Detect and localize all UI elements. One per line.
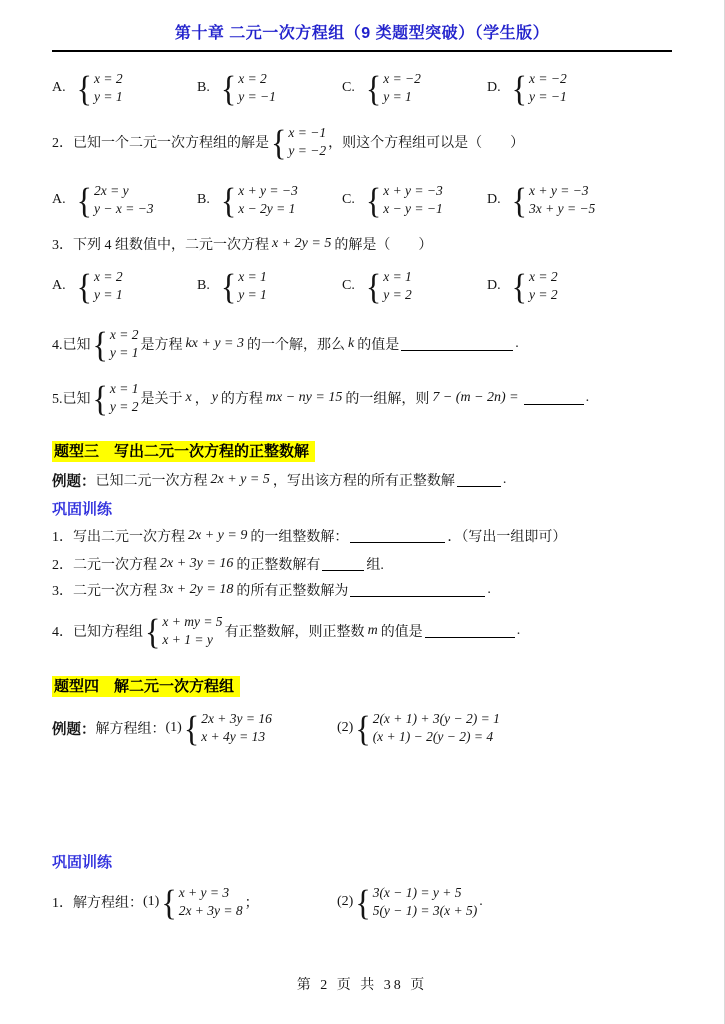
equation-system: {x = 2y = 1: [77, 268, 123, 304]
inline-math: m: [368, 623, 378, 639]
item-text: .: [517, 623, 521, 639]
option-label: D.: [487, 192, 501, 208]
section3-heading: 题型三 写出二元一次方程的正整数解: [52, 441, 315, 462]
item-text: ．（写出一组即可）: [447, 526, 566, 546]
equation-line: x + y = 3: [179, 884, 243, 902]
left-brace: {: [145, 613, 160, 649]
equation-system: {x = −2y = 1: [366, 70, 421, 106]
equation-system: {x = 2y = 2: [512, 268, 558, 304]
example-part-1: 例题： 解方程组： (1) {2x + 3y = 16x + 4y = 13: [52, 710, 337, 746]
equation-system: {x = 2y = −1: [221, 70, 276, 106]
equation-line: x = −2: [383, 70, 421, 88]
equation-line: x + 1 = y: [162, 631, 222, 649]
answer-blank: [524, 391, 584, 405]
equations: 3(x − 1) = y + 55(y − 1) = 3(x + 5): [373, 884, 478, 920]
q1-option-b: B. {x = 2y = −1: [197, 70, 342, 106]
equations: x + y = −3x − 2y = 1: [238, 182, 298, 218]
equation-system: {x = 2y = 1: [77, 70, 123, 106]
left-brace: {: [161, 884, 176, 920]
equation-line: 2x = y: [94, 182, 154, 200]
question-3: 3．下列 4 组数值中，二元一次方程 x + 2y = 5 的解是（ ）: [52, 233, 672, 255]
left-brace: {: [221, 70, 236, 106]
equation-line: y = 1: [94, 88, 123, 106]
equations: x + y = −3x − y = −1: [383, 182, 443, 218]
option-label: D.: [487, 80, 501, 96]
inline-math: k: [348, 336, 354, 352]
equation-system: {2x = yy − x = −3: [77, 182, 154, 218]
equation-line: x − y = −1: [383, 200, 443, 218]
equation-system: {x + y = −33x + y = −5: [512, 182, 596, 218]
question-text: 5.已知: [52, 388, 91, 408]
question-text: ，: [195, 388, 209, 408]
equation-line: y = −1: [529, 88, 567, 106]
left-brace: {: [512, 268, 527, 304]
equations: x = 2y = 1: [110, 326, 139, 362]
inline-math: y: [212, 390, 218, 406]
q3-option-c: C. {x = 1y = 2: [342, 268, 487, 304]
equation-line: x + y = −3: [383, 182, 443, 200]
left-brace: {: [93, 326, 108, 362]
equation-system: {x + my = 5x + 1 = y: [145, 613, 223, 649]
equation-system: {x = 1y = 2: [93, 380, 139, 416]
equations: 2x = yy − x = −3: [94, 182, 154, 218]
equations: x = −2y = −1: [529, 70, 567, 106]
page-footer: 第 2 页 共 38 页: [0, 974, 724, 994]
equation-line: x + y = −3: [238, 182, 298, 200]
equation-line: x = 2: [529, 268, 558, 286]
equation-line: x = 1: [383, 268, 412, 286]
question-text: 的值是: [357, 334, 399, 354]
section3-item-1: 1．写出二元一次方程 2x + y = 9 的一组整数解： ．（写出一组即可）: [52, 526, 672, 546]
equation-line: x = 2: [110, 326, 139, 344]
q2-option-b: B. {x + y = −3x − 2y = 1: [197, 182, 342, 218]
equations: x = 2y = 1: [94, 70, 123, 106]
equations: x = 2y = 2: [529, 268, 558, 304]
equations: x = 1y = 2: [383, 268, 412, 304]
equation-system: {x = 1y = 1: [221, 268, 267, 304]
equation-line: y = 1: [110, 344, 139, 362]
example-text: ，写出该方程的所有正整数解: [273, 470, 455, 490]
section4-heading: 题型四 解二元一次方程组: [52, 676, 240, 697]
inline-math: 7 − (m − 2n) =: [432, 390, 518, 406]
inline-math: 2x + y = 9: [188, 528, 247, 544]
question-text: 3．下列 4 组数值中，二元一次方程: [52, 234, 269, 254]
left-brace: {: [184, 710, 199, 746]
equation-line: y = 2: [110, 398, 139, 416]
question-5: 5.已知 {x = 1y = 2 是关于 x ， y 的方程 mx − ny =…: [52, 375, 672, 421]
left-brace: {: [355, 710, 370, 746]
inline-math: 2x + 3y = 16: [160, 556, 233, 572]
equation-line: y = −2: [288, 142, 326, 160]
item-text: 组.: [366, 554, 384, 574]
equation-line: x − 2y = 1: [238, 200, 298, 218]
left-brace: {: [366, 268, 381, 304]
equation-line: x + my = 5: [162, 613, 222, 631]
item-text: .: [487, 582, 491, 598]
question-text: 2．已知一个二元一次方程组的解是: [52, 132, 269, 152]
question-text: 的一个解，那么: [247, 334, 345, 354]
left-brace: {: [366, 70, 381, 106]
section3-item-4: 4．已知方程组 {x + my = 5x + 1 = y 有正整数解，则正整数 …: [52, 608, 672, 654]
equations: x = 1y = 2: [110, 380, 139, 416]
equation-line: y = −1: [238, 88, 276, 106]
equation-line: 2x + 3y = 16: [201, 710, 272, 728]
equation-line: x = 2: [94, 268, 123, 286]
question-text: ，则这个方程组可以是（ ）: [328, 132, 524, 152]
item-text: 的值是: [381, 621, 423, 641]
equation-line: x = 2: [238, 70, 276, 88]
answer-blank: [350, 529, 445, 543]
left-brace: {: [366, 182, 381, 218]
option-label: A.: [52, 192, 66, 208]
question-4: 4.已知 {x = 2y = 1 是方程 kx + y = 3 的一个解，那么 …: [52, 321, 672, 367]
q3-option-d: D. {x = 2y = 2: [487, 268, 672, 304]
item-part-2: (2) {3(x − 1) = y + 55(y − 1) = 3(x + 5)…: [337, 884, 483, 920]
example-text: 已知二元一次方程: [96, 470, 208, 490]
question-text: .: [515, 336, 519, 352]
question1-options: A. {x = 2y = 1 B. {x = 2y = −1 C. {x = −…: [52, 65, 672, 111]
part-number: (2): [337, 720, 353, 736]
equation-line: 2x + 3y = 8: [179, 902, 243, 920]
option-label: B.: [197, 278, 210, 294]
question-2: 2．已知一个二元一次方程组的解是 {x = −1y = −2 ，则这个方程组可以…: [52, 119, 672, 165]
left-brace: {: [512, 182, 527, 218]
inline-math: x + 2y = 5: [272, 236, 331, 252]
equation-line: y = 1: [94, 286, 123, 304]
part-number: (2): [337, 894, 353, 910]
item-text: 的一组整数解：: [250, 526, 348, 546]
question-text: 的方程: [221, 388, 263, 408]
equations: x = 2y = −1: [238, 70, 276, 106]
part-number: (1): [166, 720, 182, 736]
equation-line: y = 1: [238, 286, 267, 304]
equation-system: {3(x − 1) = y + 55(y − 1) = 3(x + 5): [355, 884, 477, 920]
header-rule: [52, 50, 672, 52]
question-text: 4.已知: [52, 334, 91, 354]
item-text: 4．已知方程组: [52, 621, 143, 641]
option-label: A.: [52, 80, 66, 96]
equation-system: {2x + 3y = 16x + 4y = 13: [184, 710, 272, 746]
section4-item-1: 1．解方程组： (1) {x + y = 32x + 3y = 8 ； (2) …: [52, 879, 672, 925]
equation-line: y − x = −3: [94, 200, 154, 218]
section3-heading-row: 题型三 写出二元一次方程的正整数解: [52, 431, 672, 462]
q1-option-c: C. {x = −2y = 1: [342, 70, 487, 106]
item-text: 的所有正整数解为: [236, 580, 348, 600]
page-title: 第十章 二元一次方程组（9 类题型突破）（学生版）: [52, 20, 672, 43]
q2-option-c: C. {x + y = −3x − y = −1: [342, 182, 487, 218]
example-text: .: [503, 472, 507, 488]
equation-line: 5(y − 1) = 3(x + 5): [373, 902, 478, 920]
equation-line: x + 4y = 13: [201, 728, 272, 746]
example-part-2: (2) {2(x + 1) + 3(y − 2) = 1(x + 1) − 2(…: [337, 710, 502, 746]
q2-option-d: D. {x + y = −33x + y = −5: [487, 182, 672, 218]
answer-blank: [457, 473, 501, 487]
left-brace: {: [355, 884, 370, 920]
option-label: A.: [52, 278, 66, 294]
equation-system: {x = 2y = 1: [93, 326, 139, 362]
equation-line: 3x + y = −5: [529, 200, 595, 218]
equation-system: {x = −2y = −1: [512, 70, 567, 106]
section4-training-label: 巩固训练: [52, 851, 672, 871]
equations: x = −1y = −2: [288, 124, 326, 160]
option-label: C.: [342, 278, 355, 294]
item-text: 1．解方程组：: [52, 892, 143, 912]
item-text: 1．写出二元一次方程: [52, 526, 185, 546]
inline-math: 3x + 2y = 18: [160, 582, 233, 598]
example-text: 解方程组：: [96, 718, 166, 738]
inline-math: 2x + y = 5: [211, 472, 270, 488]
equation-line: x = 1: [110, 380, 139, 398]
worksheet-page: 第十章 二元一次方程组（9 类题型突破）（学生版） A. {x = 2y = 1…: [0, 0, 725, 1024]
question-text: 的一组解，则: [345, 388, 429, 408]
equation-line: x = −1: [288, 124, 326, 142]
equations: x = 1y = 1: [238, 268, 267, 304]
item-text: 3．二元一次方程: [52, 580, 157, 600]
equation-line: (x + 1) − 2(y − 2) = 4: [373, 728, 500, 746]
question-text: 是方程: [140, 334, 182, 354]
equation-line: y = 1: [383, 88, 421, 106]
example-label: 例题：: [52, 470, 96, 491]
item-text: 2．二元一次方程: [52, 554, 157, 574]
section3-item-2: 2．二元一次方程 2x + 3y = 16 的正整数解有 组.: [52, 554, 672, 574]
equations: x + my = 5x + 1 = y: [162, 613, 222, 649]
equation-line: x = −2: [529, 70, 567, 88]
answer-blank: [322, 557, 364, 571]
equations: x = 2y = 1: [94, 268, 123, 304]
q2-option-a: A. {2x = yy − x = −3: [52, 182, 197, 218]
item-text: ；: [245, 892, 259, 912]
equation-line: y = 2: [529, 286, 558, 304]
item-part-1: 1．解方程组： (1) {x + y = 32x + 3y = 8 ；: [52, 884, 337, 920]
equation-line: x = 2: [94, 70, 123, 88]
answer-blank: [350, 583, 485, 597]
item-text: .: [479, 894, 483, 910]
equation-line: x + y = −3: [529, 182, 595, 200]
equation-system: {x = 1y = 2: [366, 268, 412, 304]
left-brace: {: [77, 268, 92, 304]
answer-blank: [425, 624, 515, 638]
example-label: 例题：: [52, 718, 96, 739]
inline-math: mx − ny = 15: [266, 390, 342, 406]
page-content: 第十章 二元一次方程组（9 类题型突破）（学生版） A. {x = 2y = 1…: [0, 20, 724, 925]
option-label: B.: [197, 80, 210, 96]
question-text: 是关于: [140, 388, 182, 408]
equation-system: {2(x + 1) + 3(y − 2) = 1(x + 1) − 2(y − …: [355, 710, 500, 746]
equations: x + y = −33x + y = −5: [529, 182, 595, 218]
q3-option-b: B. {x = 1y = 1: [197, 268, 342, 304]
left-brace: {: [271, 124, 286, 160]
answer-blank: [401, 337, 513, 351]
equations: x + y = 32x + 3y = 8: [179, 884, 243, 920]
section3-item-3: 3．二元一次方程 3x + 2y = 18 的所有正整数解为 .: [52, 580, 672, 600]
item-text: 有正整数解，则正整数: [225, 621, 365, 641]
question-text: .: [586, 390, 590, 406]
equations: 2(x + 1) + 3(y − 2) = 1(x + 1) − 2(y − 2…: [373, 710, 500, 746]
item-text: 的正整数解有: [236, 554, 320, 574]
part-number: (1): [143, 894, 159, 910]
left-brace: {: [512, 70, 527, 106]
section4-heading-row: 题型四 解二元一次方程组: [52, 666, 672, 697]
equation-line: 2(x + 1) + 3(y − 2) = 1: [373, 710, 500, 728]
question3-options: A. {x = 2y = 1 B. {x = 1y = 1 C. {x = 1y…: [52, 263, 672, 309]
section3-example: 例题： 已知二元一次方程 2x + y = 5 ，写出该方程的所有正整数解 .: [52, 470, 672, 490]
equation-line: y = 2: [383, 286, 412, 304]
equation-system: {x + y = 32x + 3y = 8: [161, 884, 242, 920]
q1-option-a: A. {x = 2y = 1: [52, 70, 197, 106]
left-brace: {: [77, 182, 92, 218]
equations: 2x + 3y = 16x + 4y = 13: [201, 710, 272, 746]
option-label: B.: [197, 192, 210, 208]
equation-system: {x + y = −3x − y = −1: [366, 182, 443, 218]
option-label: D.: [487, 278, 501, 294]
equation-system: {x = −1y = −2: [271, 124, 326, 160]
equation-line: x = 1: [238, 268, 267, 286]
left-brace: {: [77, 70, 92, 106]
inline-math: kx + y = 3: [185, 336, 244, 352]
section4-example: 例题： 解方程组： (1) {2x + 3y = 16x + 4y = 13 (…: [52, 705, 672, 751]
left-brace: {: [221, 268, 236, 304]
q3-option-a: A. {x = 2y = 1: [52, 268, 197, 304]
inline-math: x: [185, 390, 191, 406]
equations: x = −2y = 1: [383, 70, 421, 106]
question-text: 的解是（ ）: [334, 234, 432, 254]
section3-training-label: 巩固训练: [52, 498, 672, 518]
equation-system: {x + y = −3x − 2y = 1: [221, 182, 298, 218]
left-brace: {: [93, 380, 108, 416]
q1-option-d: D. {x = −2y = −1: [487, 70, 672, 106]
equation-line: 3(x − 1) = y + 5: [373, 884, 478, 902]
option-label: C.: [342, 80, 355, 96]
option-label: C.: [342, 192, 355, 208]
left-brace: {: [221, 182, 236, 218]
question2-options: A. {2x = yy − x = −3 B. {x + y = −3x − 2…: [52, 177, 672, 223]
